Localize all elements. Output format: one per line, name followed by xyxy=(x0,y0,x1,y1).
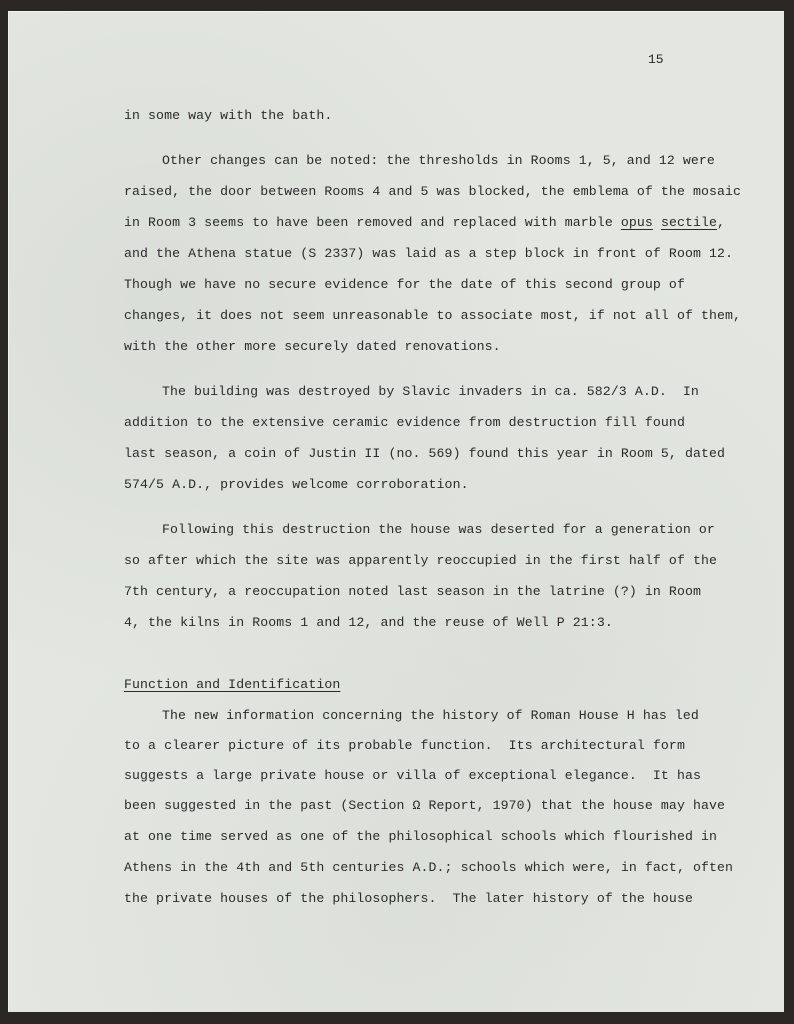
section-heading: Function and Identification xyxy=(124,677,340,692)
text-line: 574/5 A.D., provides welcome corroborati… xyxy=(124,477,469,492)
underlined-term-opus: opus xyxy=(621,215,653,230)
paragraph-start-line: Other changes can be noted: the threshol… xyxy=(162,153,715,168)
text-segment: , xyxy=(717,215,725,230)
paragraph-start-line: The building was destroyed by Slavic inv… xyxy=(162,384,699,399)
text-line: so after which the site was apparently r… xyxy=(124,553,717,568)
text-line: changes, it does not seem unreasonable t… xyxy=(124,308,741,323)
text-line: at one time served as one of the philoso… xyxy=(124,829,717,844)
text-line: to a clearer picture of its probable fun… xyxy=(124,738,685,753)
text-line-with-underlined-term: in Room 3 seems to have been removed and… xyxy=(124,215,725,230)
page-number: 15 xyxy=(648,52,664,67)
text-line: suggests a large private house or villa … xyxy=(124,768,701,783)
underlined-term-sectile: sectile xyxy=(661,215,717,230)
text-line: and the Athena statue (S 2337) was laid … xyxy=(124,246,733,261)
text-line: in some way with the bath. xyxy=(124,108,332,123)
text-line: Though we have no secure evidence for th… xyxy=(124,277,685,292)
text-line: 7th century, a reoccupation noted last s… xyxy=(124,584,701,599)
text-line: the private houses of the philosophers. … xyxy=(124,891,693,906)
text-segment: in Room 3 seems to have been removed and… xyxy=(124,215,621,230)
text-line: 4, the kilns in Rooms 1 and 12, and the … xyxy=(124,615,613,630)
text-line: addition to the extensive ceramic eviden… xyxy=(124,415,685,430)
text-line: with the other more securely dated renov… xyxy=(124,339,501,354)
text-line: been suggested in the past (Section Ω Re… xyxy=(124,798,725,813)
text-line: raised, the door between Rooms 4 and 5 w… xyxy=(124,184,741,199)
paragraph-start-line: Following this destruction the house was… xyxy=(162,522,715,537)
text-segment xyxy=(653,215,661,230)
text-line: Athens in the 4th and 5th centuries A.D.… xyxy=(124,860,733,875)
text-line: last season, a coin of Justin II (no. 56… xyxy=(124,446,725,461)
paragraph-start-line: The new information concerning the histo… xyxy=(162,708,699,723)
